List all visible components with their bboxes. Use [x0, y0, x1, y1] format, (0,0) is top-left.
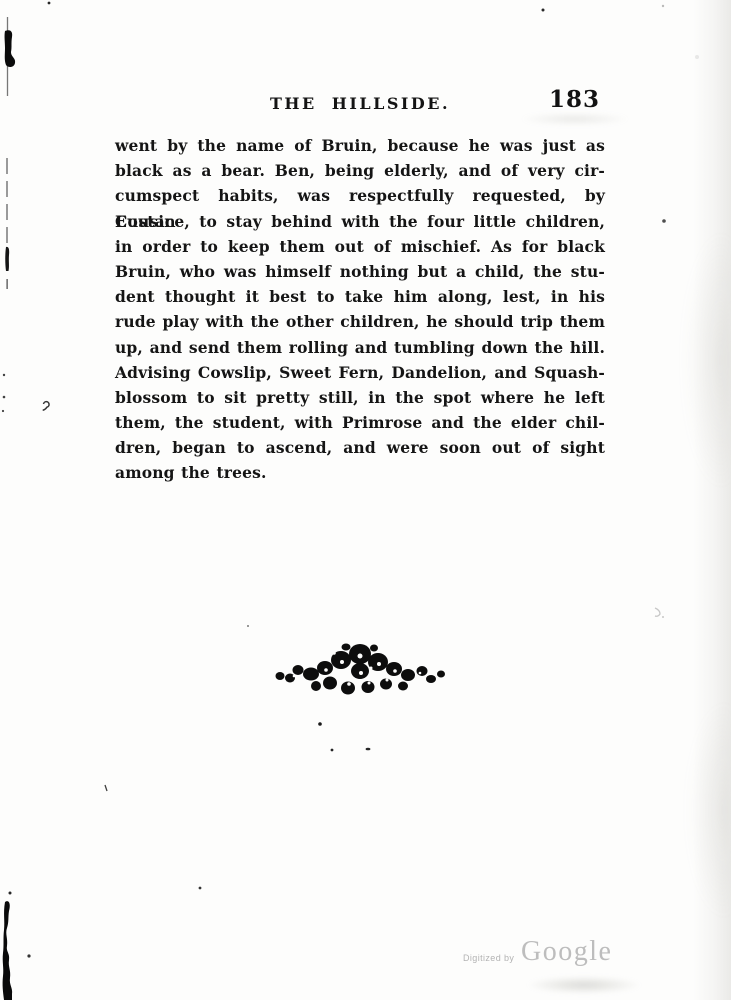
- text-line: them, the student, with Primrose and the…: [115, 410, 605, 435]
- ink-speck: [105, 785, 107, 791]
- text-line: Advising Cowslip, Sweet Fern, Dandelion,…: [115, 360, 605, 385]
- text-line: went by the name of Bruin, because he wa…: [115, 133, 605, 158]
- body-paragraph: went by the name of Bruin, because he wa…: [115, 133, 605, 486]
- scanned-book-page: THE HILLSIDE. 183 went by the name of Br…: [0, 0, 731, 1000]
- pencil-squiggle: [655, 608, 660, 616]
- floral-tailpiece-icon: [268, 638, 454, 700]
- scan-edge-blotch: [685, 700, 731, 920]
- text-line: rude play with the other children, he sh…: [115, 309, 605, 334]
- ink-dash-left: [6, 279, 8, 289]
- page-number: 183: [500, 86, 600, 113]
- ink-blot-left: [5, 247, 9, 271]
- ink-speck: [331, 749, 334, 752]
- text-line: Bruin, who was himself nothing but a chi…: [115, 259, 605, 284]
- ink-speck: [27, 954, 30, 957]
- ink-speck: [662, 616, 664, 618]
- google-logo: Google: [521, 936, 612, 968]
- text-line: dren, began to ascend, and were soon out…: [115, 435, 605, 460]
- ink-speck: [247, 625, 249, 627]
- text-line: among the trees.: [115, 460, 605, 485]
- ink-speck: [48, 2, 51, 5]
- digitized-by-label: Digitized by: [463, 953, 514, 963]
- text-line: blossom to sit pretty still, in the spot…: [115, 385, 605, 410]
- text-line: in order to keep them out of mischief. A…: [115, 234, 605, 259]
- ink-speck: [199, 887, 202, 890]
- ink-speck: [366, 748, 371, 751]
- ink-speck: [9, 892, 12, 895]
- ink-streak-bottom-left: [3, 901, 13, 1000]
- text-line: cumspect habits, was respectfully reques…: [115, 183, 605, 208]
- ink-speck: [3, 374, 5, 376]
- ink-speck: [695, 55, 699, 59]
- text-line: up, and send them rolling and tumbling d…: [115, 335, 605, 360]
- ink-curl-mark: [43, 402, 49, 411]
- ink-speck: [2, 410, 4, 412]
- scan-smudge: [520, 112, 630, 126]
- ink-speck: [662, 219, 666, 223]
- text-line: dent thought it best to take him along, …: [115, 284, 605, 309]
- text-line: black as a bear. Ben, being elderly, and…: [115, 158, 605, 183]
- ink-speck: [3, 396, 6, 399]
- ink-blot-top-left: [5, 30, 16, 67]
- ink-speck: [542, 9, 545, 12]
- scan-edge-blotch: [681, 230, 731, 490]
- text-line: Eustace, to stay behind with the four li…: [115, 209, 605, 234]
- page-edge-shadow: [693, 0, 731, 1000]
- ink-speck: [318, 722, 322, 726]
- floral-tailpiece-ornament: [268, 638, 454, 700]
- ink-speck: [662, 5, 664, 7]
- scan-smudge: [528, 976, 640, 994]
